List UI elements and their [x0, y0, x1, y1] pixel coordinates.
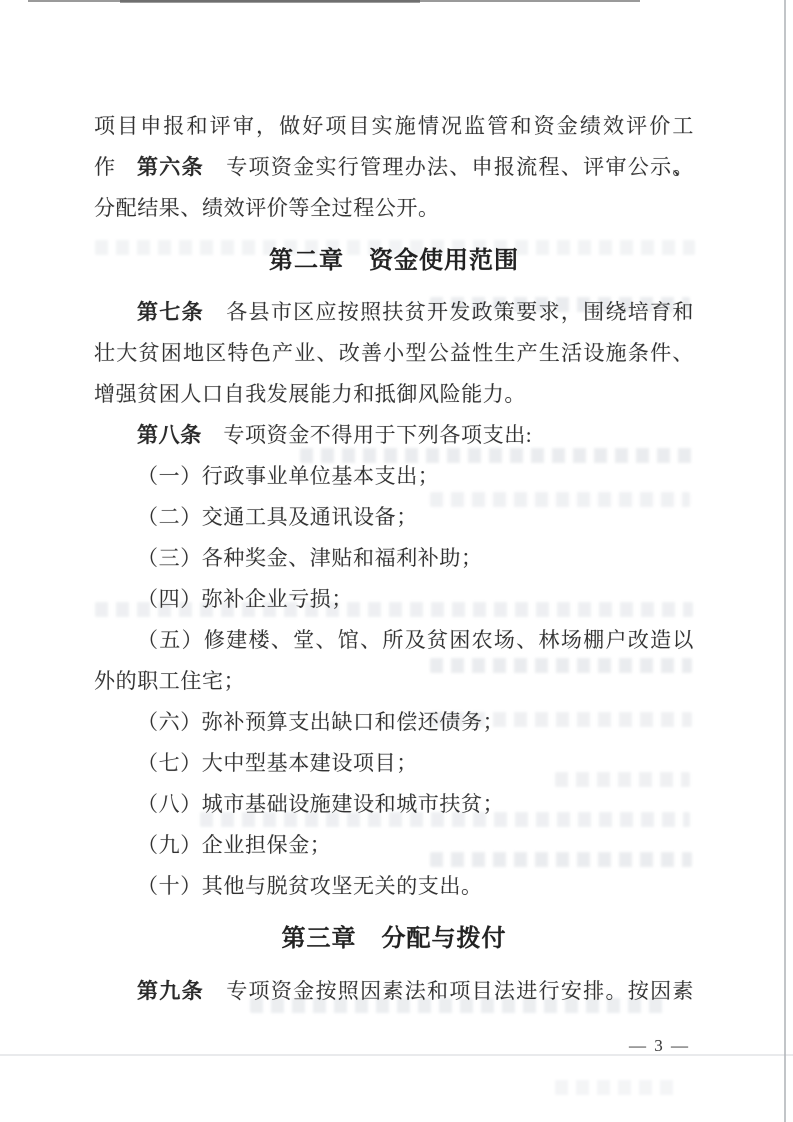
- article-number: 第九条: [137, 980, 204, 1003]
- body-text: （十）其他与脱贫攻坚无关的支出。: [137, 874, 483, 898]
- document-body: 项目申报和评审，做好项目实施情况监管和资金绩效评价工作。 第六条 专项资金实行管…: [94, 106, 694, 1012]
- body-text: （七）大中型基本建设项目；: [137, 751, 418, 775]
- body-text: 专项资金按照因素法和项目法进行安排。按因素: [204, 979, 694, 1003]
- body-line: 第九条 专项资金按照因素法和项目法进行安排。按因素: [94, 971, 694, 1012]
- body-text: 专项资金实行管理办法、申报流程、评审公示、: [204, 155, 694, 179]
- body-line: 壮大贫困地区特色产业、改善小型公益性生产生活设施条件、: [94, 333, 694, 374]
- bleed-through-artifact: [555, 1080, 675, 1095]
- body-line: 第八条 专项资金不得用于下列各项支出:: [94, 415, 694, 456]
- body-line: 分配结果、绩效评价等全过程公开。: [94, 188, 694, 229]
- body-text: 增强贫困人口自我发展能力和抵御风险能力。: [94, 382, 526, 406]
- body-text: （八）城市基础设施建设和城市扶贫；: [137, 792, 504, 816]
- body-text: （九）企业担保金；: [137, 833, 331, 857]
- document-page: 项目申报和评审，做好项目实施情况监管和资金绩效评价工作。 第六条 专项资金实行管…: [0, 0, 793, 1122]
- body-text: （六）弥补预算支出缺口和偿还债务；: [137, 710, 504, 734]
- chapter-heading-3: 第三章 分配与拨付: [94, 918, 694, 959]
- body-text: （二）交通工具及通讯设备；: [137, 505, 418, 529]
- scan-right-edge-line: [784, 0, 786, 1122]
- list-item-line: （一）行政事业单位基本支出；: [94, 456, 694, 497]
- body-text: （一）行政事业单位基本支出；: [137, 464, 439, 488]
- body-text: 分配结果、绩效评价等全过程公开。: [94, 196, 440, 220]
- article-number: 第八条: [137, 424, 202, 447]
- list-item-line: （九）企业担保金；: [94, 825, 694, 866]
- list-item-line: （二）交通工具及通讯设备；: [94, 497, 694, 538]
- list-item-line: （四）弥补企业亏损；: [94, 579, 694, 620]
- body-line: 第七条 各县市区应按照扶贫开发政策要求，围绕培育和: [94, 292, 694, 333]
- chapter-heading-2: 第二章 资金使用范围: [94, 240, 694, 281]
- scan-top-edge-line-dark: [120, 0, 420, 3]
- article-number: 第六条: [137, 156, 204, 179]
- list-item-line: （五）修建楼、堂、馆、所及贫困农场、林场棚户改造以: [94, 620, 694, 661]
- body-text: 专项资金不得用于下列各项支出:: [202, 423, 532, 447]
- body-text: 外的职工住宅；: [94, 669, 245, 693]
- body-text: （四）弥补企业亏损；: [137, 587, 353, 611]
- body-line: 第六条 专项资金实行管理办法、申报流程、评审公示、: [94, 147, 694, 188]
- body-text: 壮大贫困地区特色产业、改善小型公益性生产生活设施条件、: [94, 341, 694, 365]
- body-line: 项目申报和评审，做好项目实施情况监管和资金绩效评价工作。: [94, 106, 694, 147]
- list-item-line: （七）大中型基本建设项目；: [94, 743, 694, 784]
- body-text: （三）各种奖金、津贴和福利补助；: [137, 546, 483, 570]
- list-item-continuation-line: 外的职工住宅；: [94, 661, 694, 702]
- list-item-line: （十）其他与脱贫攻坚无关的支出。: [94, 866, 694, 907]
- body-line: 增强贫困人口自我发展能力和抵御风险能力。: [94, 374, 694, 415]
- list-item-line: （八）城市基础设施建设和城市扶贫；: [94, 784, 694, 825]
- page-number: — 3 —: [629, 1036, 690, 1056]
- body-text: （五）修建楼、堂、馆、所及贫困农场、林场棚户改造以: [137, 628, 694, 652]
- list-item-line: （六）弥补预算支出缺口和偿还债务；: [94, 702, 694, 743]
- body-text: 各县市区应按照扶贫开发政策要求，围绕培育和: [204, 300, 694, 324]
- article-number: 第七条: [137, 301, 204, 324]
- list-item-line: （三）各种奖金、津贴和福利补助；: [94, 538, 694, 579]
